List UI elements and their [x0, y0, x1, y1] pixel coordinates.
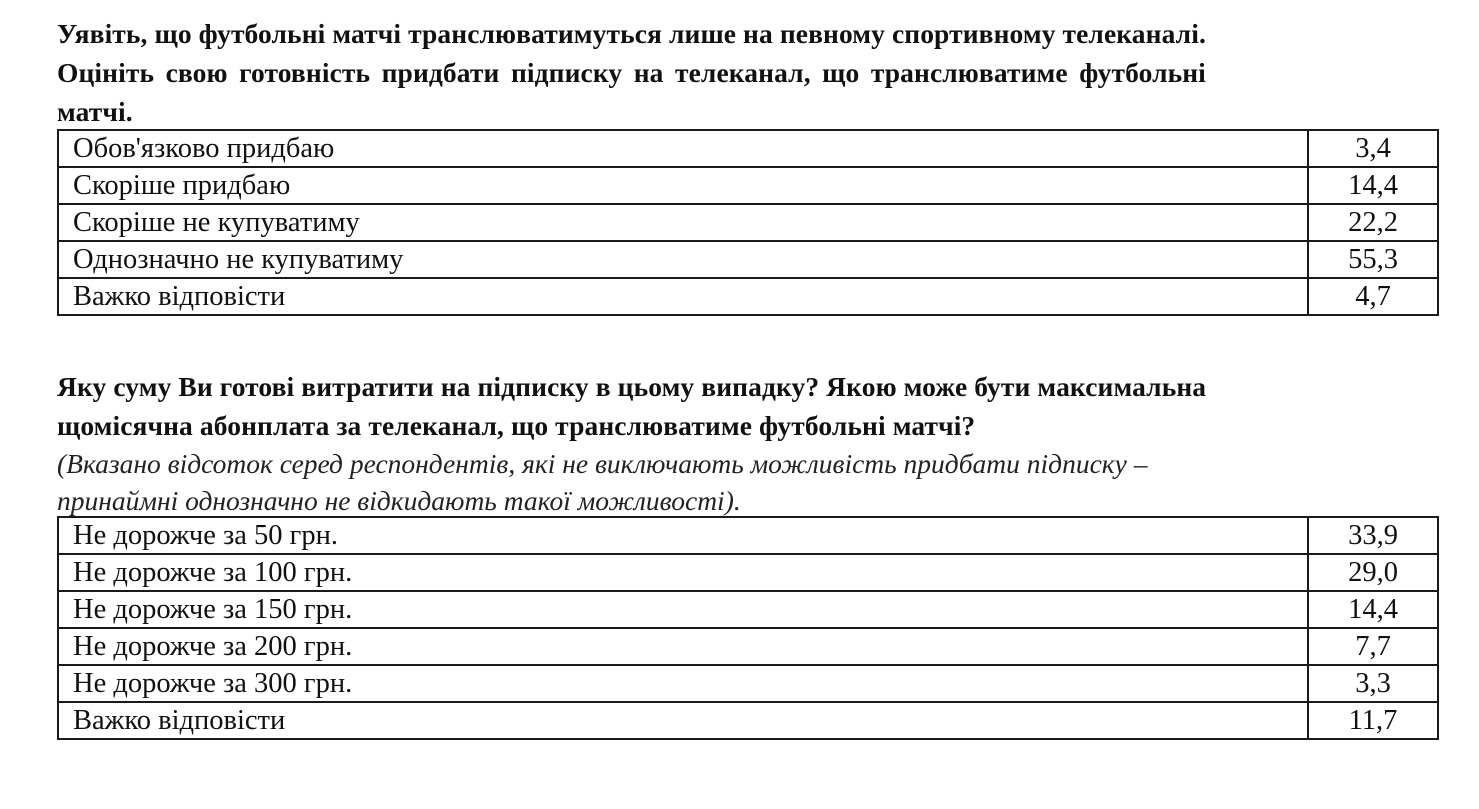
- question1-title-line3: матчі.: [57, 92, 1206, 131]
- row-label: Важко відповісти: [58, 702, 1308, 739]
- row-value: 14,4: [1308, 591, 1438, 628]
- question2-note-line1: (Вказано відсоток серед респондентів, як…: [57, 445, 1206, 482]
- row-value: 33,9: [1308, 517, 1438, 554]
- row-label: Не дорожче за 100 грн.: [58, 554, 1308, 591]
- row-label: Не дорожче за 300 грн.: [58, 665, 1308, 702]
- row-label: Однозначно не купуватиму: [58, 241, 1308, 278]
- question2-title-line1: Яку суму Ви готові витратити на підписку…: [57, 367, 1206, 406]
- table-row: Не дорожче за 100 грн. 29,0: [58, 554, 1438, 591]
- row-label: Не дорожче за 150 грн.: [58, 591, 1308, 628]
- row-label: Не дорожче за 200 грн.: [58, 628, 1308, 665]
- question1-title-line1: Уявіть, що футбольні матчі транслюватиму…: [57, 14, 1206, 53]
- question2-table: Не дорожче за 50 грн. 33,9 Не дорожче за…: [57, 516, 1439, 740]
- row-value: 55,3: [1308, 241, 1438, 278]
- question1-title-line2: Оцініть свою готовність придбати підписк…: [57, 53, 1206, 92]
- row-label: Важко відповісти: [58, 278, 1308, 315]
- row-value: 4,7: [1308, 278, 1438, 315]
- table-row: Важко відповісти 11,7: [58, 702, 1438, 739]
- table-row: Однозначно не купуватиму 55,3: [58, 241, 1438, 278]
- row-value: 11,7: [1308, 702, 1438, 739]
- row-value: 7,7: [1308, 628, 1438, 665]
- question1-table: Обов'язково придбаю 3,4 Скоріше придбаю …: [57, 129, 1439, 316]
- question2-heading: Яку суму Ви готові витратити на підписку…: [57, 367, 1206, 519]
- question2-note-line2: принаймні однозначно не відкидають такої…: [57, 482, 1206, 519]
- row-label: Скоріше не купуватиму: [58, 204, 1308, 241]
- row-label: Не дорожче за 50 грн.: [58, 517, 1308, 554]
- table-row: Не дорожче за 150 грн. 14,4: [58, 591, 1438, 628]
- question1-heading: Уявіть, що футбольні матчі транслюватиму…: [57, 14, 1206, 131]
- table-row: Не дорожче за 50 грн. 33,9: [58, 517, 1438, 554]
- row-label: Обов'язково придбаю: [58, 130, 1308, 167]
- row-value: 22,2: [1308, 204, 1438, 241]
- row-value: 14,4: [1308, 167, 1438, 204]
- question2-title-line2: щомісячна абонплата за телеканал, що тра…: [57, 406, 1206, 445]
- row-value: 3,4: [1308, 130, 1438, 167]
- table-row: Важко відповісти 4,7: [58, 278, 1438, 315]
- table-row: Не дорожче за 300 грн. 3,3: [58, 665, 1438, 702]
- row-value: 3,3: [1308, 665, 1438, 702]
- table-row: Скоріше придбаю 14,4: [58, 167, 1438, 204]
- table-row: Скоріше не купуватиму 22,2: [58, 204, 1438, 241]
- table-row: Обов'язково придбаю 3,4: [58, 130, 1438, 167]
- row-value: 29,0: [1308, 554, 1438, 591]
- table-row: Не дорожче за 200 грн. 7,7: [58, 628, 1438, 665]
- row-label: Скоріше придбаю: [58, 167, 1308, 204]
